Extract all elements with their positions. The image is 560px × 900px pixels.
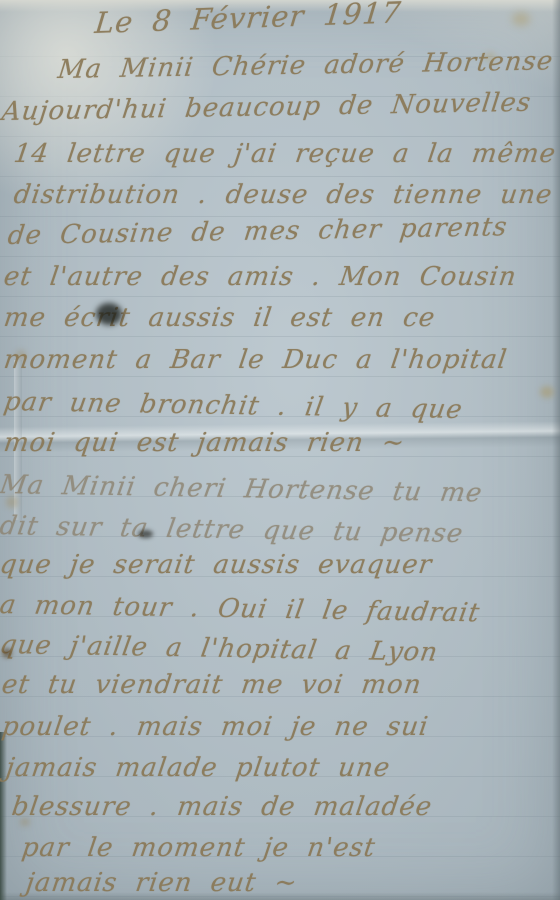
- letter-line: par le moment je n'est: [20, 833, 378, 863]
- letter-page: Le 8 Février 1917Ma Minii Chérie adoré H…: [0, 0, 560, 900]
- letter-line: jamais malade plutot une: [4, 753, 393, 783]
- letter-line: blessure . mais de maladée: [10, 792, 434, 822]
- letter-line: Ma Minii cheri Hortense tu me: [0, 470, 485, 508]
- letter-line: et tu viendrait me voi mon: [0, 670, 424, 700]
- letter-line: par une bronchit . il y a que: [2, 387, 465, 425]
- letter-line: et l'autre des amis . Mon Cousin: [2, 262, 519, 292]
- letter-line: me écrit aussis il est en ce: [2, 303, 437, 333]
- letter-line: a mon tour . Oui il le faudrait: [0, 590, 482, 628]
- letter-line: distribution . deuse des tienne une: [12, 180, 555, 210]
- letter-line: dit sur ta lettre que tu pense: [0, 511, 466, 549]
- letter-line: jamais rien eut ~: [24, 868, 300, 898]
- salutation-line: Ma Minii Chérie adoré Hortense: [56, 46, 555, 85]
- letter-body: Le 8 Février 1917Ma Minii Chérie adoré H…: [0, 0, 560, 900]
- letter-line: que j'aille a l'hopital a Lyon: [0, 630, 440, 668]
- letter-line: poulet . mais moi je ne sui: [0, 712, 431, 742]
- letter-line: Aujourd'hui beaucoup de Nouvelles: [0, 88, 533, 127]
- letter-line: 14 lettre que j'ai reçue a la même: [12, 139, 558, 169]
- date-line: Le 8 Février 1917: [93, 0, 403, 40]
- letter-line: moi qui est jamais rien ~: [2, 428, 407, 458]
- letter-line: moment a Bar le Duc a l'hopital: [2, 345, 509, 375]
- letter-line: de Cousine de mes cher parents: [6, 212, 509, 251]
- letter-line: que je serait aussis evaquer: [0, 550, 434, 580]
